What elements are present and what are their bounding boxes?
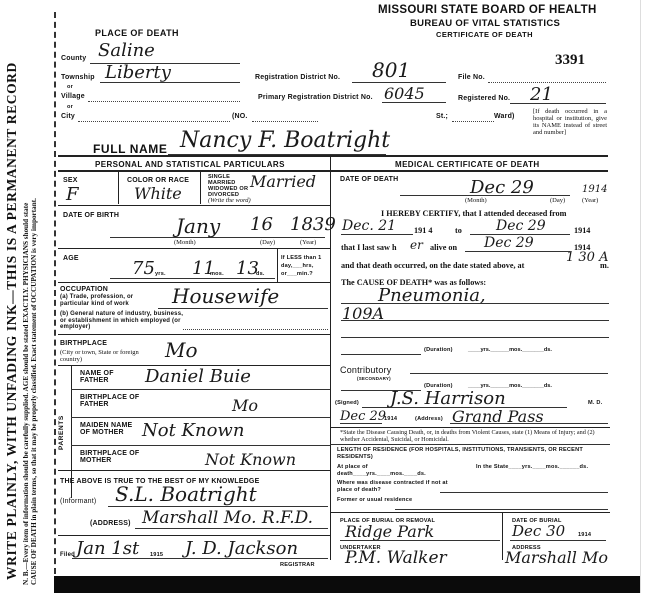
county-label: County: [61, 55, 86, 62]
mother-name-value[interactable]: Not Known: [142, 420, 244, 441]
attended-from-date[interactable]: Dec. 21: [342, 218, 396, 234]
place-of-death-heading: PLACE OF DEATH: [95, 28, 179, 38]
birthplace-value[interactable]: Mo: [165, 338, 198, 362]
burial-date-line: [510, 540, 606, 541]
mother-birthplace-label: BIRTHPLACE OF MOTHER: [80, 450, 150, 464]
street-label: St.;: [436, 113, 448, 120]
signed-year: 1914: [384, 416, 397, 422]
street-no-label: (NO.: [232, 113, 248, 120]
duration-label-1: (Duration): [424, 347, 453, 353]
divider-informant: [58, 470, 330, 471]
sex-value[interactable]: F: [66, 184, 79, 205]
residence-heading: LENGTH OF RESIDENCE (FOR HOSPITALS, INST…: [337, 447, 607, 460]
divider-occupation: [58, 282, 330, 283]
file-number-stamp: 3391: [555, 52, 585, 69]
physician-address-label: (Address): [415, 416, 443, 422]
undertaker-address-value[interactable]: Marshall Mo: [505, 548, 608, 567]
hospital-note: [If death occurred in a hospital or inst…: [533, 108, 607, 136]
duration-line-1: [341, 354, 421, 355]
registrar-signature[interactable]: J. D. Jackson: [185, 538, 298, 559]
disease-contracted-line: [440, 492, 608, 493]
death-occurred-statement: and that death occurred, on the date sta…: [341, 261, 524, 270]
margin-main-instruction: WRITE PLAINLY, WITH UNFADING INK—THIS IS…: [4, 62, 20, 580]
signed-date[interactable]: Dec 29: [340, 409, 386, 424]
burial-year: 1914: [578, 532, 591, 538]
divider-birthplace: [58, 334, 330, 335]
filed-date[interactable]: Jan 1st: [76, 538, 139, 559]
dob-year[interactable]: 1839: [290, 214, 336, 235]
dod-day-caption: (Day): [550, 197, 565, 204]
duration-units-1: ____yrs.______mos._______ds.: [468, 347, 552, 353]
physician-signature[interactable]: J.S. Harrison: [390, 388, 506, 409]
registered-no-label: Registered No.: [458, 95, 510, 102]
birthplace-label: BIRTHPLACE: [60, 340, 107, 347]
age-label: AGE: [63, 255, 79, 262]
attended-from-line: [341, 234, 413, 235]
divider-father: [71, 389, 330, 390]
bureau-title: BUREAU OF VITAL STATISTICS: [410, 18, 560, 29]
father-name-label: NAME OF FATHER: [80, 370, 120, 384]
burial-divider: [502, 512, 503, 560]
dod-month-day[interactable]: Dec 29: [470, 177, 534, 198]
divider-residence: [330, 444, 610, 445]
township-value[interactable]: Liberty: [105, 62, 171, 83]
informant-value[interactable]: S.L. Boatright: [115, 482, 257, 506]
village-line: [88, 101, 240, 102]
registrar-label: REGISTRAR: [280, 562, 315, 568]
certify-statement: I HEREBY CERTIFY, that I attended deceas…: [381, 209, 566, 218]
personal-section-heading: PERSONAL AND STATISTICAL PARTICULARS: [95, 160, 285, 169]
dob-day[interactable]: 16: [250, 214, 273, 235]
signed-label: (Signed): [335, 400, 359, 406]
divider-footnote: [330, 427, 610, 428]
marital-status-value[interactable]: Married: [250, 172, 316, 191]
divider-burial: [330, 512, 610, 513]
registered-no-line: [510, 103, 606, 104]
informant-address-line: [135, 528, 328, 529]
city-label: City: [61, 113, 75, 120]
informant-address-label: (ADDRESS): [90, 520, 131, 527]
mother-name-label: MAIDEN NAME OF MOTHER: [80, 422, 140, 436]
occupation-b-label: (b) General nature of industry, business…: [60, 311, 185, 331]
contributory-line: [410, 373, 608, 374]
race-value[interactable]: White: [134, 184, 182, 203]
county-value[interactable]: Saline: [98, 40, 155, 61]
occupation-a-line: [158, 308, 328, 309]
full-name-value[interactable]: Nancy F. Boatright: [180, 128, 390, 153]
marital-status-note: (Write the word): [208, 197, 251, 204]
divider-top: [58, 155, 608, 157]
medical-section-heading: MEDICAL CERTIFICATE OF DEATH: [395, 160, 540, 169]
margin-note-line-1: N. B.—Every item of information should b…: [22, 203, 30, 585]
dod-year[interactable]: 1914: [582, 184, 607, 195]
father-birthplace-label: BIRTHPLACE OF FATHER: [80, 394, 150, 408]
divider-father-birthplace: [71, 417, 330, 418]
informant-label: (Informant): [60, 498, 96, 505]
signed-date-line: [340, 423, 382, 424]
contributory-label: Contributory: [340, 365, 391, 375]
file-no-label: File No.: [458, 74, 485, 81]
date-of-birth-label: DATE OF BIRTH: [63, 212, 119, 219]
divider-filed: [58, 535, 330, 536]
father-birthplace-value[interactable]: Mo: [232, 396, 258, 415]
registration-district-line: [352, 82, 446, 83]
divider-age: [58, 248, 330, 249]
former-residence-line: [395, 509, 608, 510]
scan-right-edge: [640, 0, 650, 593]
age-years[interactable]: 75: [132, 258, 155, 279]
ward-label: Ward): [494, 113, 515, 120]
certificate-title: CERTIFICATE OF DEATH: [436, 30, 533, 39]
m-label: m.: [600, 261, 609, 270]
race-label: COLOR OR RACE: [127, 177, 189, 184]
burial-place-value[interactable]: Ridge Park: [345, 522, 434, 541]
divider-mother: [71, 445, 330, 446]
or-label-2: or: [67, 104, 73, 110]
mother-birthplace-value[interactable]: Not Known: [205, 450, 296, 469]
attended-from-year: 191 4: [414, 226, 432, 235]
last-saw-prefix: that I last saw h: [341, 243, 397, 252]
filed-line: [72, 558, 328, 559]
father-name-value[interactable]: Daniel Buie: [145, 366, 251, 387]
township-label: Township: [61, 74, 95, 81]
parents-label: PARENTS: [58, 415, 65, 450]
primary-registration-value[interactable]: 6045: [384, 84, 425, 103]
undertaker-value[interactable]: P.M. Walker: [345, 548, 447, 568]
attended-to-date[interactable]: Dec 29: [496, 218, 546, 234]
last-saw-line: [465, 251, 570, 252]
dob-month[interactable]: Jany: [176, 214, 220, 238]
village-label: Village: [61, 93, 85, 100]
marital-status-label: SINGLE MARRIED WIDOWED OR DIVORCED: [208, 174, 256, 198]
cause-line-3: [341, 337, 609, 338]
ward-line: [452, 121, 494, 122]
burial-date-value[interactable]: Dec 30: [512, 522, 565, 540]
informant-address-value[interactable]: Marshall Mo. R.F.D.: [142, 508, 313, 528]
street-no-line: [252, 121, 318, 122]
month-caption: (Month): [174, 239, 196, 246]
file-no-line: [488, 82, 606, 83]
registered-no-value[interactable]: 21: [530, 84, 553, 105]
age-less-divider: [277, 248, 278, 282]
margin-instructions: WRITE PLAINLY, WITH UNFADING INK—THIS IS…: [0, 0, 52, 593]
ds-label: ds.: [256, 271, 265, 277]
informant-line: [108, 506, 328, 507]
primary-registration-label: Primary Registration District No.: [258, 94, 373, 101]
dod-year-caption: (Year): [582, 197, 598, 204]
last-saw-pronoun[interactable]: er: [410, 238, 423, 252]
scan-bottom-edge: [54, 576, 650, 593]
registration-district-label: Registration District No.: [255, 74, 340, 81]
occupation-b-line: [183, 329, 328, 330]
in-state-label: In the State____yrs.____mos.______ds.: [476, 464, 610, 471]
disease-contracted-label: Where was disease contracted if not at p…: [337, 480, 457, 493]
sex-race-divider: [118, 170, 119, 204]
divider-dob: [58, 205, 330, 206]
race-marital-divider: [200, 170, 201, 204]
sex-label: SEX: [63, 177, 78, 184]
occupation-label: OCCUPATION: [60, 286, 108, 293]
less-than-day-label: If LESS than 1 day,___hrs, or___min.?: [281, 254, 331, 278]
secondary-label: (SECONDARY): [357, 376, 391, 381]
alive-on-label: alive on: [430, 243, 457, 252]
physician-address-value[interactable]: Grand Pass: [452, 407, 544, 426]
md-label: M. D.: [588, 400, 602, 406]
day-caption: (Day): [260, 239, 275, 246]
at-place-of-death-label: At place of death____yrs.____mos.____ds.: [337, 464, 425, 477]
board-title: MISSOURI STATE BOARD OF HEALTH: [378, 4, 597, 16]
dod-month-caption: (Month): [465, 197, 487, 204]
yrs-label: yrs.: [155, 271, 166, 277]
date-of-death-label: DATE OF DEATH: [340, 176, 398, 183]
divider-headings: [58, 170, 608, 172]
attended-to-year: 1914: [574, 226, 590, 235]
full-name-label: FULL NAME: [93, 142, 168, 156]
birthplace-note: (City or town, State or foreign country): [60, 349, 140, 363]
cause-footnote: *State the Disease Causing Death, or, in…: [340, 429, 608, 443]
to-label: to: [455, 226, 462, 235]
occupation-a-label: (a) Trade, profession, or particular kin…: [60, 294, 160, 307]
margin-note-line-2: CAUSE OF DEATH in plain terms, so that i…: [30, 198, 38, 585]
city-line: [78, 121, 230, 122]
year-caption: (Year): [300, 239, 316, 246]
registration-district-value[interactable]: 801: [372, 58, 410, 82]
occupation-value[interactable]: Housewife: [172, 284, 279, 308]
burial-place-line: [340, 540, 500, 541]
last-saw-date[interactable]: Dec 29: [484, 235, 534, 251]
cause-line-2: [341, 320, 609, 321]
mos-label: mos.: [210, 271, 224, 277]
former-residence-label: Former or usual residence: [337, 497, 417, 504]
or-label-1: or: [67, 84, 73, 90]
